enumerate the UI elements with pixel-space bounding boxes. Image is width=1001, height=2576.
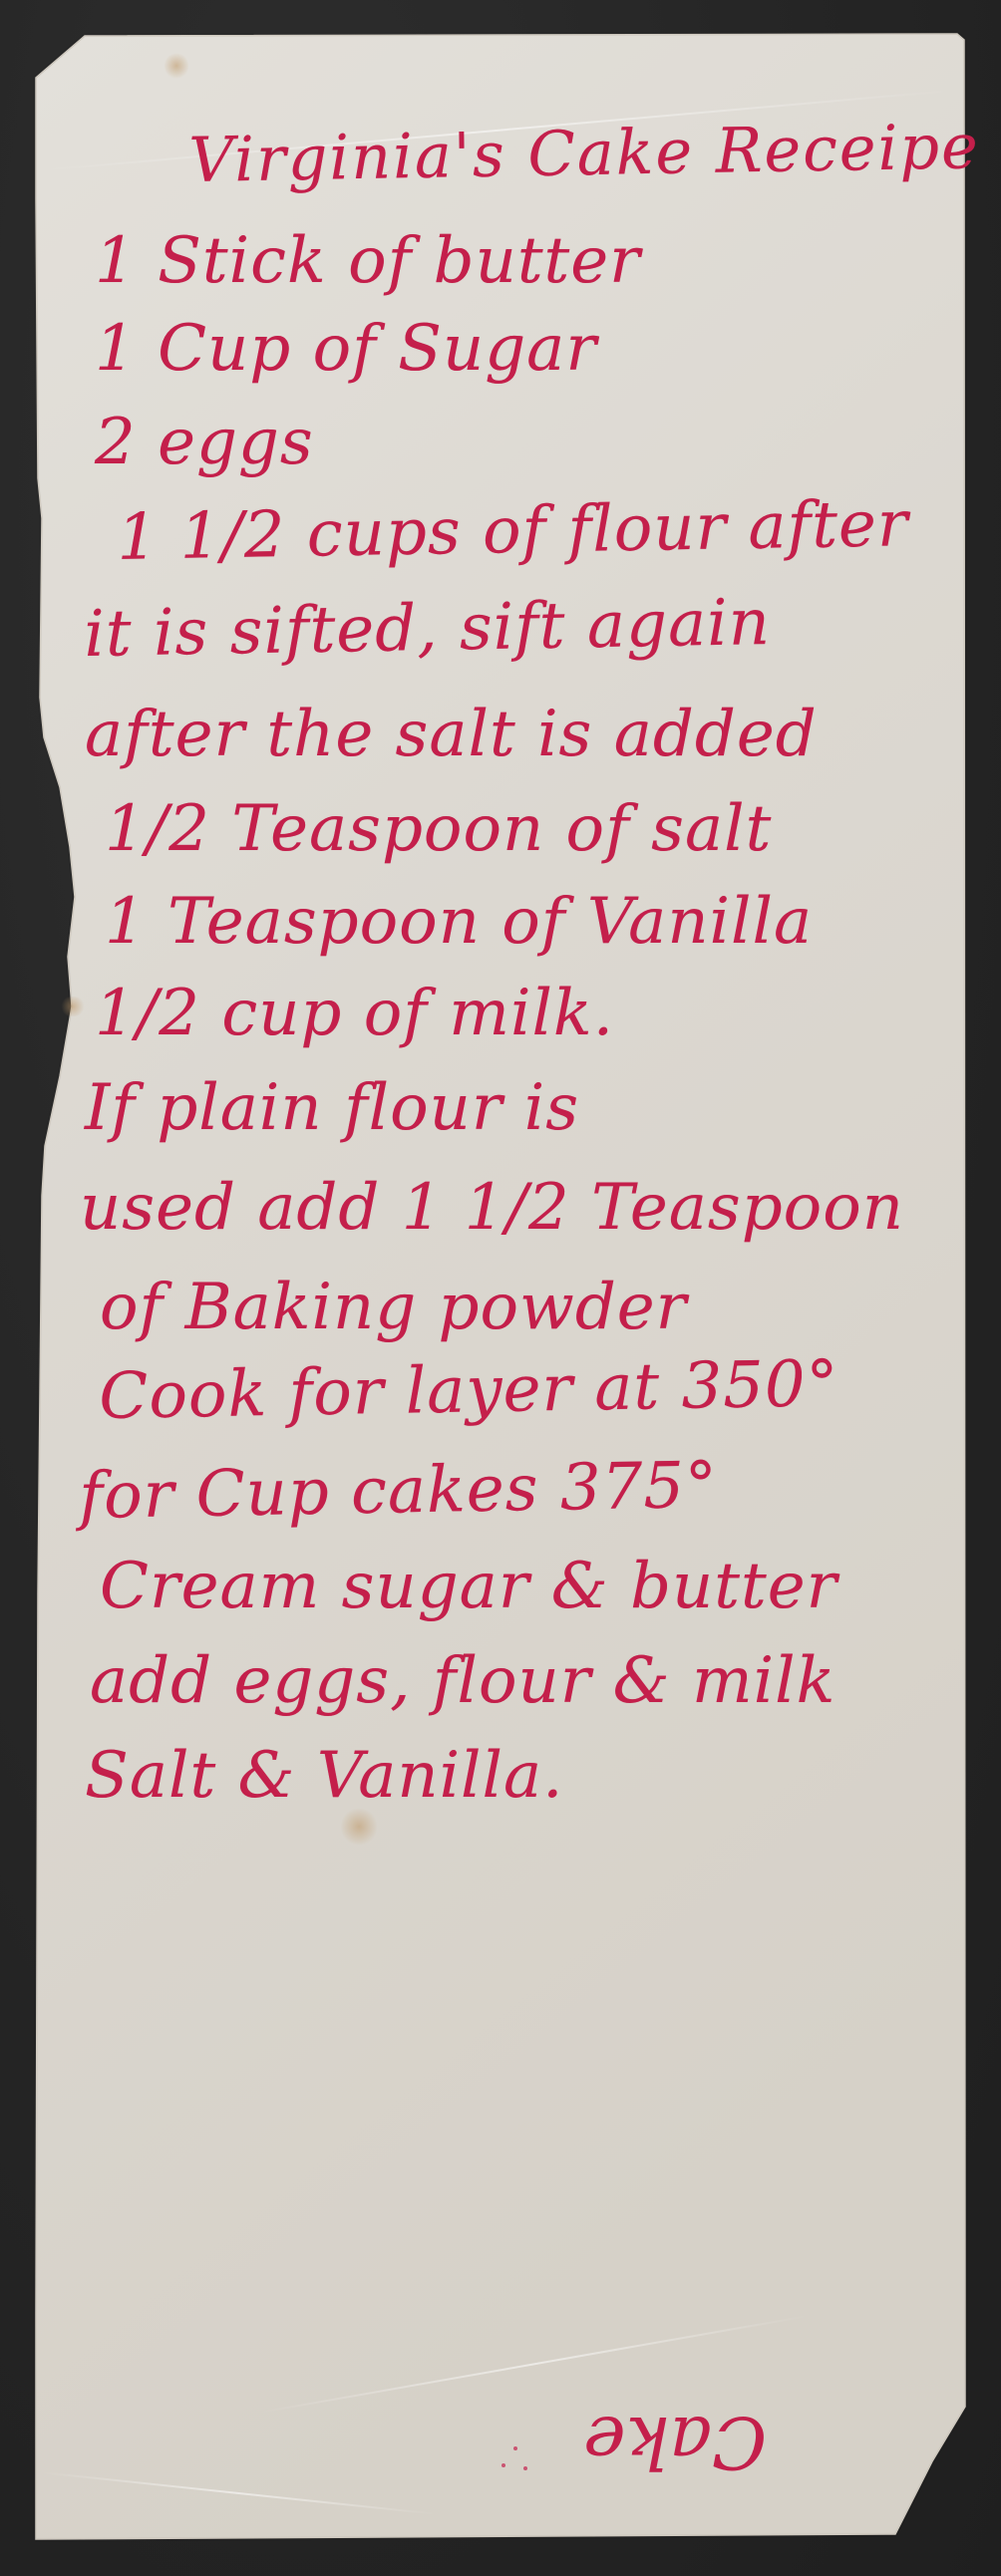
upside-down-cake-label: Cake [583, 2407, 767, 2478]
recipe-line-teaspoon: used add 1 1/2 Teaspoon [80, 1176, 904, 1240]
recipe-line-sugar: 1 Cup of Sugar [95, 317, 597, 381]
recipe-line-eggs: 2 eggs [95, 411, 314, 474]
ink-dot [501, 2463, 505, 2467]
recipe-title: Virginia's Cake Receipe [188, 116, 980, 191]
recipe-line-milk: 1/2 cup of milk. [95, 982, 614, 1045]
recipe-line-salt: 1/2 Teaspoon of salt [105, 797, 772, 861]
recipe-line-cook-layer: Cook for layer at 350° [99, 1352, 839, 1429]
recipe-line-plain-flour: If plain flour is [85, 1076, 579, 1140]
recipe-line-add-eggs: add eggs, flour & milk [90, 1649, 835, 1713]
ink-dot [513, 2446, 517, 2450]
paper-stain [341, 1807, 377, 1847]
recipe-line-salt-added: after the salt is added [85, 703, 818, 766]
recipe-line-salt-vanilla: Salt & Vanilla. [85, 1744, 563, 1808]
recipe-line-vanilla: 1 Teaspoon of Vanilla [105, 890, 813, 954]
recipe-line-butter: 1 Stick of butter [95, 229, 641, 293]
paper-stain [60, 997, 86, 1016]
recipe-line-cup-cakes: for Cup cakes 375° [79, 1454, 719, 1529]
recipe-line-baking-powder: of Baking powder [100, 1276, 687, 1339]
recipe-line-flour: 1 1/2 cups of flour after [117, 492, 909, 570]
paper-stain [165, 52, 188, 80]
ink-dot [523, 2466, 527, 2470]
recipe-line-cream: Cream sugar & butter [100, 1555, 837, 1618]
recipe-line-sifted: it is sifted, sift again [84, 591, 771, 667]
